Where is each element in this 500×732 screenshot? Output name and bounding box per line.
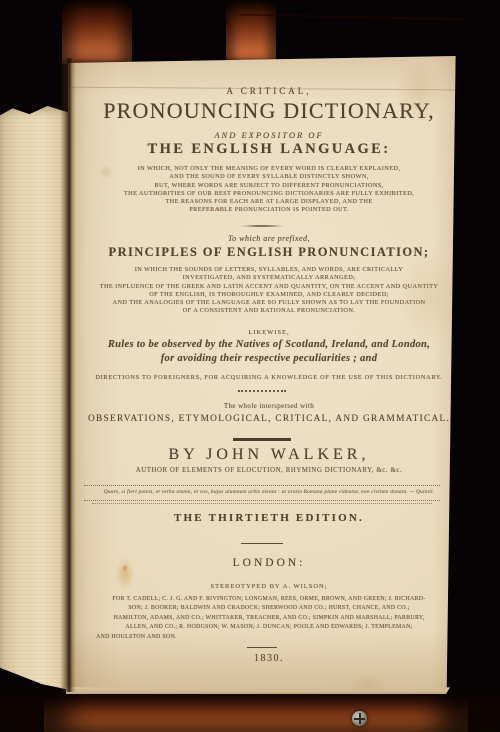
prefixed-note: To which are prefixed, — [88, 234, 450, 243]
principles-line: INVESTIGATED, AND SYSTEMATICALLY ARRANGE… — [88, 274, 450, 282]
rules-line-2: for avoiding their respective peculiarit… — [88, 353, 450, 364]
principles-line: OF A CONSISTENT AND RATIONAL PRONUNCIATI… — [88, 307, 450, 315]
edition-line: THE THIRTIETH EDITION. — [88, 512, 450, 524]
imprint-city: LONDON: — [88, 557, 450, 569]
byline: BY JOHN WALKER, — [88, 446, 450, 464]
rules-line-1: Rules to be observed by the Natives of S… — [88, 339, 450, 350]
subtitle: THE ENGLISH LANGUAGE: — [88, 141, 450, 158]
epigraph: Quare, si fieri potest, et verba omnia, … — [88, 489, 450, 495]
principles-title: PRINCIPLES OF ENGLISH PRONUNCIATION; — [88, 245, 450, 260]
table-surface — [0, 694, 500, 732]
year-rule — [247, 647, 277, 648]
interspersed-note: The whole interspersed with — [88, 402, 450, 410]
publisher-line: ALLEN, AND CO.; R. HODGSON; W. MASON; J.… — [90, 623, 448, 632]
epigraph-rule-bottom — [84, 500, 440, 501]
swelled-rule — [239, 225, 285, 227]
description-line: AND THE SOUND OF EVERY SYLLABLE DISTINCT… — [88, 173, 450, 181]
table-wood — [44, 694, 468, 732]
publisher-line: FOR T. CADELL; C. J. G. AND F. RIVINGTON… — [90, 595, 448, 604]
principles-line: AND THE ANALOGIES OF THE LANGUAGE ARE SO… — [88, 299, 450, 307]
book-photo-scene: A CRITICAL, PRONOUNCING DICTIONARY, AND … — [0, 0, 500, 732]
wooden-post-left — [62, 0, 132, 64]
title-page: A CRITICAL, PRONOUNCING DICTIONARY, AND … — [68, 56, 456, 692]
directions-line: DIRECTIONS TO FOREIGNERS, FOR ACQUIRING … — [88, 374, 450, 381]
publisher-block: FOR T. CADELL; C. J. G. AND F. RIVINGTON… — [90, 595, 448, 642]
description-line: THE AUTHORITIES OF OUR BEST PRONOUNCING … — [88, 190, 450, 198]
publication-year: 1830. — [88, 653, 450, 664]
publisher-line: SON; J. BOOKER; BALDWIN AND CRADOCK; SHE… — [90, 604, 448, 613]
half-title: A CRITICAL, — [88, 86, 450, 96]
principles-line: THE INFLUENCE OF THE GREEK AND LATIN ACC… — [88, 283, 450, 291]
thick-rule — [233, 438, 291, 441]
principles-block: IN WHICH THE SOUNDS OF LETTERS, SYLLABLE… — [88, 266, 450, 316]
description-line: IN WHICH, NOT ONLY THE MEANING OF EVERY … — [88, 165, 450, 173]
wooden-post-center — [226, 0, 276, 62]
printer-line: STEREOTYPED BY A. WILSON; — [88, 583, 450, 590]
subtitle-prefix: AND EXPOSITOR OF — [88, 130, 450, 140]
observations-line: OBSERVATIONS, ETYMOLOGICAL, CRITICAL, AN… — [88, 414, 450, 424]
description-line: BUT, WHERE WORDS ARE SUBJECT TO DIFFEREN… — [88, 182, 450, 190]
publisher-line: HAMILTON, ADAMS, AND CO.; WHITTAKER, TRE… — [90, 614, 448, 623]
description-line: THE REASONS FOR EACH ARE AT LARGE DISPLA… — [88, 198, 450, 206]
publisher-line: AND HOULSTON AND SON. — [90, 633, 448, 642]
dotted-rule — [238, 390, 286, 392]
author-credit: AUTHOR OF ELEMENTS OF ELOCUTION, RHYMING… — [88, 467, 450, 474]
book-gutter — [60, 58, 76, 692]
edition-rule — [241, 543, 283, 544]
screw-head — [352, 711, 367, 726]
description-line: PREFERABLE PRONUNCIATION IS POINTED OUT. — [88, 206, 450, 214]
epigraph-rule-bottom-2 — [92, 503, 432, 504]
principles-line: OF THE ENGLISH, IS THOROUGHLY EXAMINED, … — [88, 291, 450, 299]
likewise-note: LIKEWISE, — [88, 329, 450, 336]
principles-line: IN WHICH THE SOUNDS OF LETTERS, SYLLABLE… — [88, 266, 450, 274]
main-title: PRONOUNCING DICTIONARY, — [88, 98, 450, 124]
epigraph-rule-top — [84, 485, 440, 486]
description-block: IN WHICH, NOT ONLY THE MEANING OF EVERY … — [88, 165, 450, 215]
